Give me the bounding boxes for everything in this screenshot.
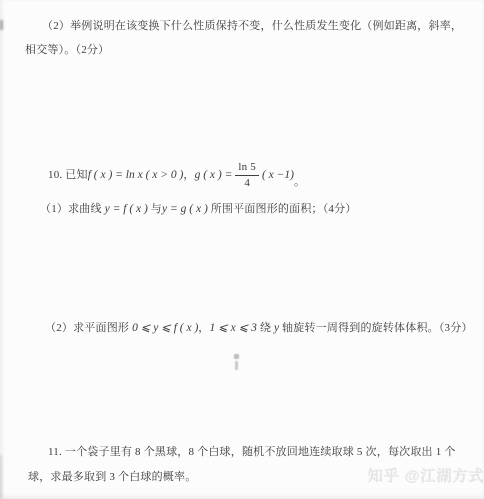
comma: ， — [183, 168, 194, 183]
prev-question-part2-line2: 相交等）。（2分） — [25, 43, 109, 58]
prev-question-part2-line1: （2）举例说明在该变换下什么性质保持不变，什么性质发生变化（例如距离，斜率， — [42, 19, 462, 34]
g-definition-rhs: ( x −1) — [262, 168, 294, 183]
fraction-denominator: 4 — [244, 176, 250, 189]
part1-tail-text: 所围平面图形的面积；（4分） — [208, 203, 357, 215]
fraction-numerator: ln 5 — [235, 162, 259, 176]
question-11-line1: 11. 一个袋子里有 8 个黑球，8 个白球，随机不放回地连续取球 5 次，每次… — [48, 445, 456, 460]
comma: ， — [198, 322, 209, 334]
curve-y-equals-fx: y = f ( x ) — [105, 203, 148, 215]
scanned-exam-page: （2）举例说明在该变换下什么性质保持不变，什么性质发生变化（例如距离，斜率， 相… — [0, 0, 484, 499]
scan-artifact — [233, 352, 242, 373]
fraction-ln5-over-4: ln 5 4 — [235, 162, 259, 189]
region-inequality-y: 0 ⩽ y ⩽ f ( x ) — [132, 322, 198, 334]
question-10-part-2: （2）求平面图形 0 ⩽ y ⩽ f ( x )，1 ⩽ x ⩽ 3 绕 y 轴… — [45, 321, 473, 336]
scan-edge-shade — [0, 455, 2, 499]
question-11-line2: 球，求最多取到 3 个白球的概率。 — [28, 470, 196, 485]
scan-artifact-mark — [235, 361, 238, 370]
and-text: 与 — [148, 203, 162, 215]
g-definition-lhs: g ( x ) = — [195, 168, 233, 183]
f-definition: f ( x ) = ln x ( x > 0 ) — [88, 168, 184, 183]
around-text: 绕 — [257, 322, 274, 334]
zhihu-watermark: 知乎 @江湖方式 — [368, 465, 484, 486]
part1-label-text: （1）求曲线 — [40, 203, 105, 215]
region-inequality-x: 1 ⩽ x ⩽ 3 — [209, 322, 256, 334]
part2-label-text: （2）求平面图形 — [45, 322, 132, 334]
scan-edge-speck — [0, 20, 3, 30]
question-10-number-and-lead: 10. 已知 — [48, 168, 88, 183]
scan-artifact-mark — [234, 354, 239, 359]
question-10-part-1: （1）求曲线 y = f ( x ) 与y = g ( x ) 所围平面图形的面… — [40, 202, 357, 217]
question-10-stem: 10. 已知f ( x ) = ln x ( x > 0 )，g ( x ) =… — [48, 153, 305, 197]
cjk-period: 。 — [294, 175, 305, 190]
part2-tail-text: 轴旋转一周得到的旋转体体积。（3分） — [279, 322, 473, 334]
curve-y-equals-gx: y = g ( x ) — [162, 203, 208, 215]
